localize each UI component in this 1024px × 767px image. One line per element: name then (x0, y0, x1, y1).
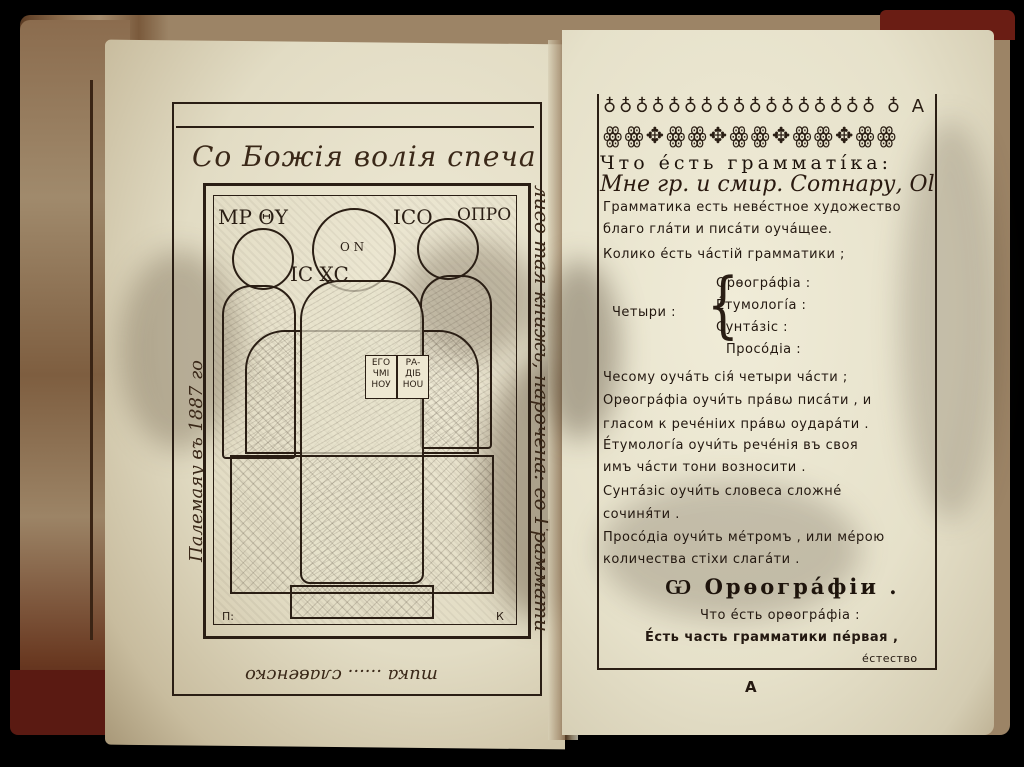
section-heading: Ѡ Орѳогра́фіи . (665, 574, 900, 600)
text-line: Сунта́зіс : (716, 320, 788, 335)
book-text: НОU (398, 380, 428, 391)
text-line: имъ ча́сти тони возносити . (603, 460, 806, 475)
ornamental-border-row1: ♁♁♁♁♁♁♁♁♁♁♁♁♁♁♁♁♁ ♁ А (603, 96, 929, 117)
book-photograph: Со Божія волія спеча лисо тая книжь, нар… (0, 0, 1024, 767)
label-forerunner: ОПРО (457, 205, 511, 225)
text-line: сочиня́ти . (603, 507, 680, 522)
handwritten-inscription-bottom: тика ...... славенско (245, 665, 438, 686)
text-line: Четыри : (612, 305, 676, 320)
halo-letters: Ο Ν (340, 240, 364, 254)
section-title: Что е́сть грамматі́ка: (600, 152, 892, 174)
book-text: ЧМІ (366, 369, 396, 380)
corner-mark-right: К (496, 610, 504, 623)
text-line: Что е́сть орѳогра́фіа : (700, 608, 860, 623)
open-book-right: РА- ДІБ НОU (397, 355, 429, 399)
halo-mary (232, 228, 294, 290)
halo-john (417, 218, 479, 280)
book-text: РА- (398, 358, 428, 369)
text-line: Орѳогра́фіа оучи́ть пра́вѡ писа́ти , и (603, 393, 872, 408)
label-mother-of-god: МР ΘΥ (218, 205, 288, 229)
text-line: Е́тумологі́а : (716, 298, 806, 313)
text-line: гласом к рече́ніих пра́вѡ оудара́ти . (603, 417, 869, 432)
text-line: е́стество (862, 652, 918, 665)
header-rule (176, 126, 534, 128)
text-line: Орѳогра́фіа : (716, 276, 811, 291)
text-line: Просо́діа оучи́ть ме́тромъ , или ме́рою (603, 530, 885, 545)
text-line: Е́тумологі́а оучи́ть рече́нія въ своя (603, 438, 858, 453)
text-line: Чесому оуча́ть сія́ четыри ча́сти ; (603, 370, 848, 385)
book-text: НОУ (366, 380, 396, 391)
ornamental-border-row2: ꙮꙮ✥ꙮꙮ✥ꙮꙮ✥ꙮꙮ✥ꙮꙮ (603, 124, 929, 149)
page-signature: А (745, 678, 757, 696)
text-line: Просо́діа : (726, 342, 801, 357)
handwritten-inscription-top: Со Божія волія спеча (192, 140, 537, 173)
open-book-left: ЕГО ЧМІ НОУ (365, 355, 397, 399)
book-text: ДІБ (398, 369, 428, 380)
text-line: Е́сть часть грамматики пе́рвая , (645, 630, 898, 645)
book-text: ЕГО (366, 358, 396, 369)
throne-base (230, 455, 494, 594)
text-line: Колико е́сть ча́стій грамматики ; (603, 247, 845, 262)
footstool (290, 585, 434, 619)
handwritten-note: Мне гр. и смир. Сотнару, Ol (600, 172, 935, 197)
text-line: количества стіхи слага́ти . (603, 552, 800, 567)
text-line: Грамматика есть неве́стное художество (603, 200, 901, 215)
text-line: благо гла́ти и писа́ти оуча́щее. (603, 222, 832, 237)
corner-mark-left: П: (222, 610, 234, 623)
text-frame-bottom-rule (597, 668, 935, 670)
cover-line (90, 80, 93, 640)
text-line: Сунта́зіс оучи́ть словеса сложне́ (603, 484, 842, 499)
